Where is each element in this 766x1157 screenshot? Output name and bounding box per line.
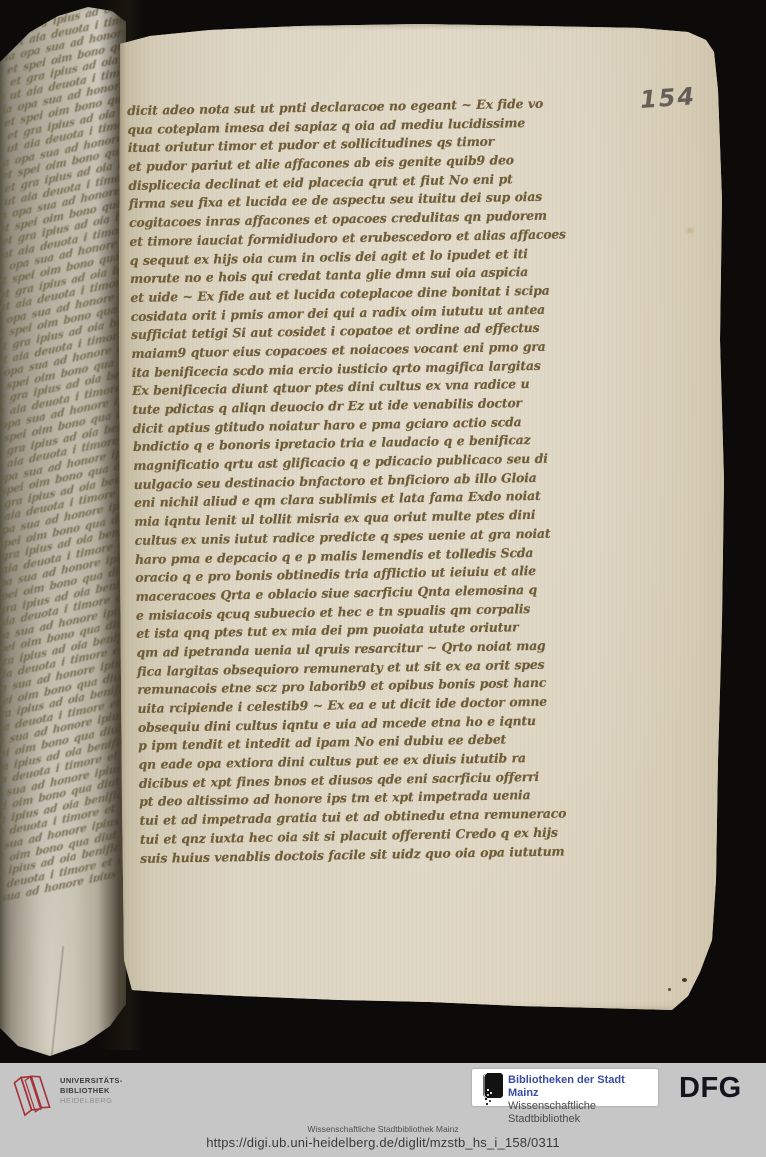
mainz-line1: Bibliotheken der Stadt Mainz — [508, 1074, 658, 1100]
paper-stain — [684, 226, 696, 235]
paper-stain — [682, 978, 687, 982]
folio-number: 154 — [639, 82, 697, 114]
footer-url: https://digi.ub.uni-heidelberg.de/diglit… — [0, 1135, 766, 1150]
heidelberg-line2: BIBLIOTHEK — [60, 1086, 123, 1096]
manuscript-photo: qm ad fide et spei oim bono qua diut sap… — [0, 0, 766, 1063]
book-icon — [479, 1072, 507, 1106]
mainz-line2: Wissenschaftliche Stadtbibliothek — [508, 1100, 658, 1126]
page-crease — [50, 946, 64, 1056]
attribution-footer: UNIVERSITÄTS- BIBLIOTHEK HEIDELBERG Bibl… — [0, 1063, 766, 1157]
heidelberg-library-logo-icon — [10, 1070, 54, 1120]
heidelberg-line3: HEIDELBERG — [60, 1096, 123, 1106]
footer-caption: Wissenschaftliche Stadtbibliothek Mainz — [0, 1124, 766, 1134]
heidelberg-library-wordmark: UNIVERSITÄTS- BIBLIOTHEK HEIDELBERG — [60, 1076, 123, 1106]
mainz-library-logo: Bibliotheken der Stadt Mainz Wissenschaf… — [472, 1069, 658, 1106]
recto-page: 154 dicit adeo nota sut ut pnti declarac… — [116, 20, 732, 1016]
dfg-logo: DFG — [679, 1072, 742, 1105]
digitized-manuscript-page: qm ad fide et spei oim bono qua diut sap… — [0, 0, 766, 1157]
manuscript-text-lines: dicit adeo nota sut ut pnti declaracoe n… — [127, 94, 579, 884]
mainz-wordmark: Bibliotheken der Stadt Mainz Wissenschaf… — [508, 1074, 658, 1126]
heidelberg-line1: UNIVERSITÄTS- — [60, 1076, 123, 1086]
paper-stain — [668, 988, 671, 991]
